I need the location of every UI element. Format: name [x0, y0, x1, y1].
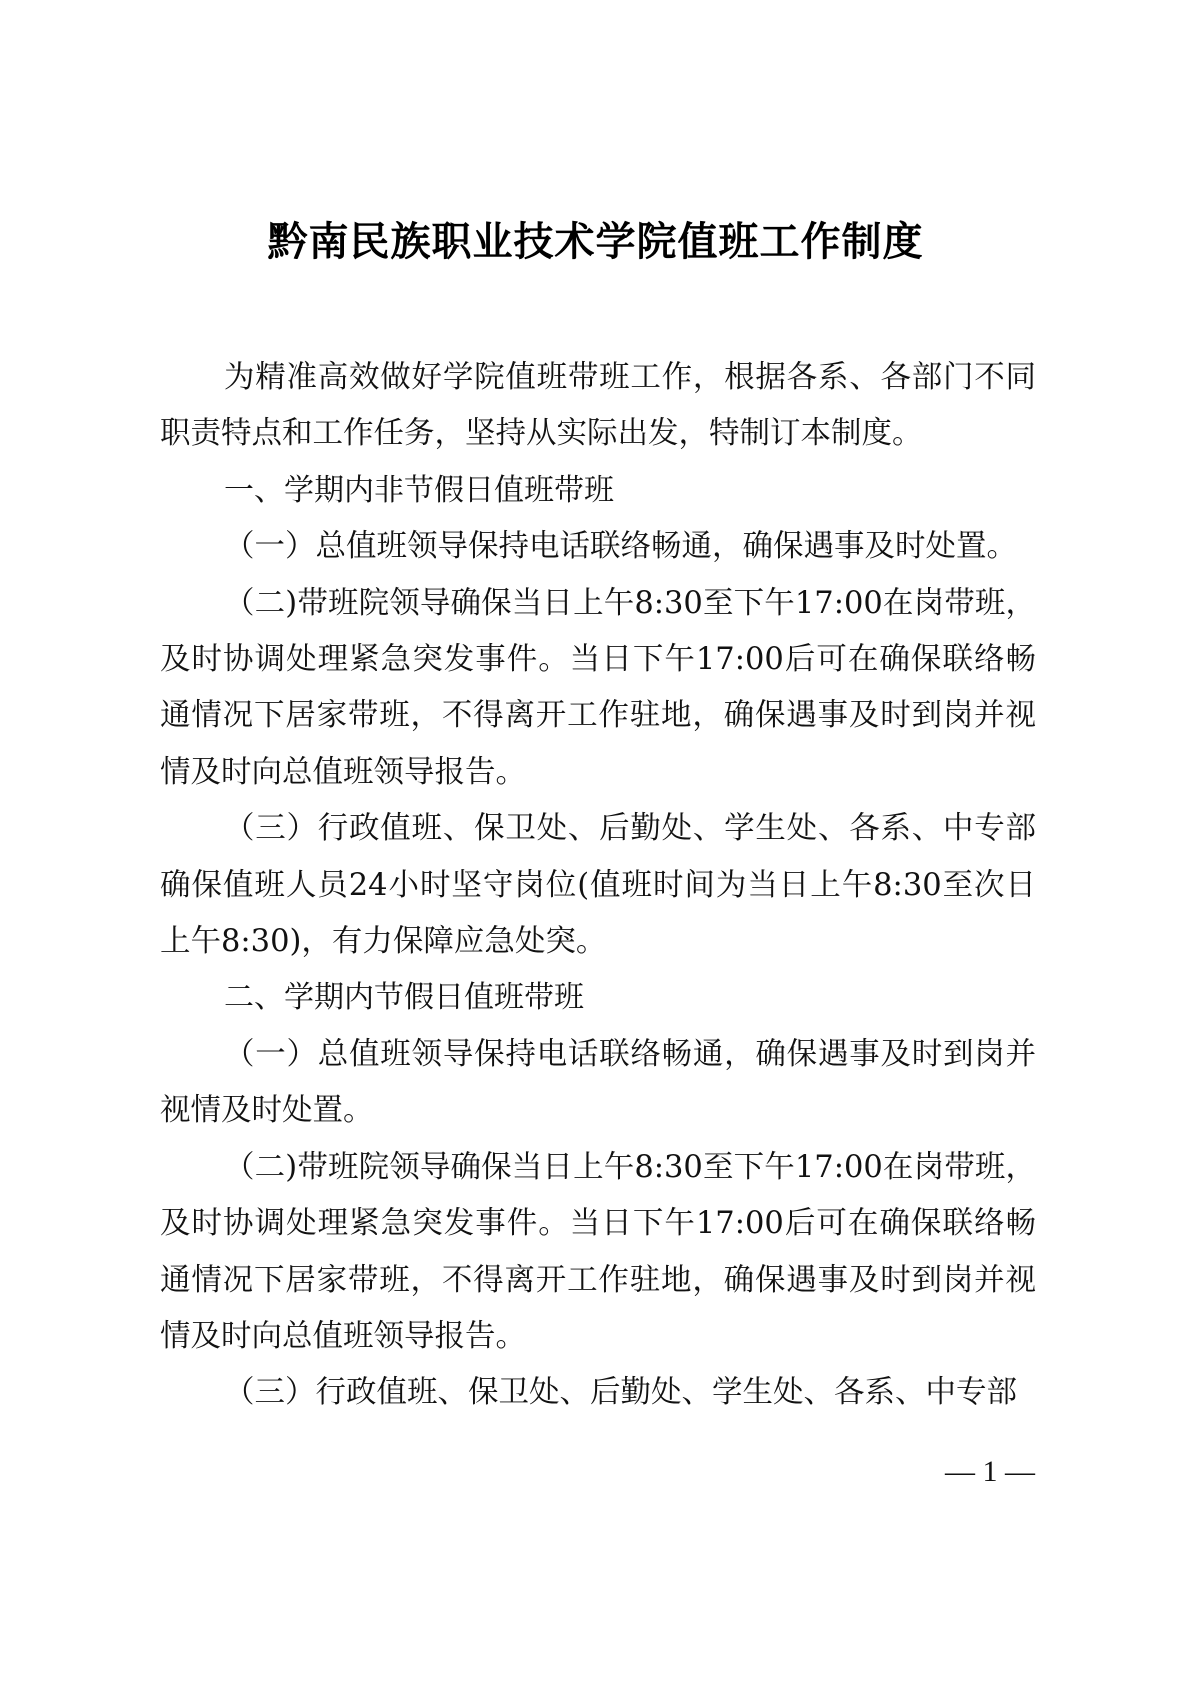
- intro-paragraph: 为精准高效做好学院值班带班工作，根据各系、各部门不同职责特点和工作任务，坚持从实…: [160, 350, 1036, 463]
- section-2-item-1: （一）总值班领导保持电话联络畅通，确保遇事及时到岗并视情及时处置。: [160, 1027, 1036, 1140]
- document-page: 黔南民族职业技术学院值班工作制度 为精准高效做好学院值班带班工作，根据各系、各部…: [0, 0, 1191, 1684]
- section-1-item-3: （三）行政值班、保卫处、后勤处、学生处、各系、中专部确保值班人员24小时坚守岗位…: [160, 801, 1036, 970]
- section-heading-2: 二、学期内节假日值班带班: [160, 970, 1036, 1026]
- section-2-item-2: （二)带班院领导确保当日上午8:30至下午17:00在岗带班，及时协调处理紧急突…: [160, 1140, 1036, 1366]
- section-1-item-2: （二)带班院领导确保当日上午8:30至下午17:00在岗带班，及时协调处理紧急突…: [160, 576, 1036, 802]
- section-2-item-3: （三）行政值班、保卫处、后勤处、学生处、各系、中专部: [160, 1365, 1036, 1421]
- section-1-item-1: （一）总值班领导保持电话联络畅通，确保遇事及时处置。: [160, 519, 1036, 575]
- section-heading-1: 一、学期内非节假日值班带班: [160, 463, 1036, 519]
- document-title: 黔南民族职业技术学院值班工作制度: [0, 212, 1191, 272]
- page-number: — 1 —: [945, 1452, 1035, 1492]
- document-body: 为精准高效做好学院值班带班工作，根据各系、各部门不同职责特点和工作任务，坚持从实…: [160, 350, 1036, 1422]
